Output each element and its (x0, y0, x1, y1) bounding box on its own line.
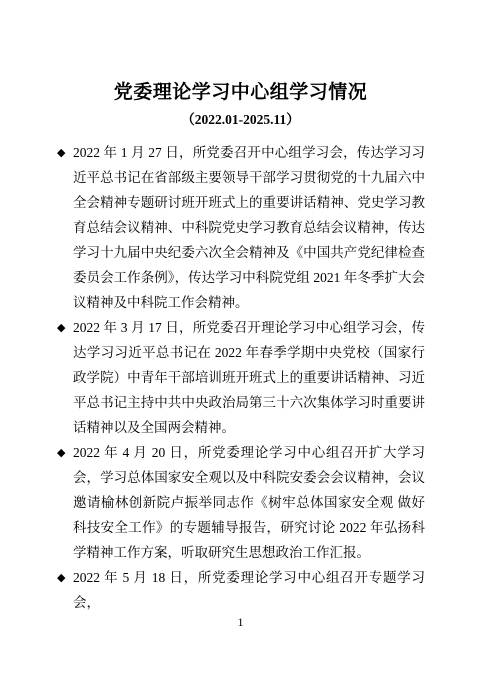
bullet-list: ◆ 2022 年 1 月 27 日，所党委召开中心组学习会，传达学习习近平总书记… (57, 140, 425, 615)
list-item: ◆ 2022 年 4 月 20 日，所党委理论学习中心组召开扩大学习会，学习总体… (57, 440, 425, 565)
list-item-text: 2022 年 1 月 27 日，所党委召开中心组学习会，传达学习习近平总书记在省… (73, 145, 425, 310)
page-number: 1 (0, 614, 481, 630)
list-item-text: 2022 年 3 月 17 日，所党委召开理论学习中心组学习会，传达学习习近平总… (73, 320, 425, 435)
document-page: 党委理论学习中心组学习情况 （2022.01-2025.11） ◆ 2022 年… (0, 0, 481, 681)
diamond-bullet-icon: ◆ (57, 440, 65, 465)
list-item: ◆ 2022 年 1 月 27 日，所党委召开中心组学习会，传达学习习近平总书记… (57, 140, 425, 315)
diamond-bullet-icon: ◆ (57, 140, 65, 165)
list-item: ◆ 2022 年 5 月 18 日，所党委理论学习中心组召开专题学习会， (57, 565, 425, 615)
list-item-text: 2022 年 4 月 20 日，所党委理论学习中心组召开扩大学习会，学习总体国家… (73, 445, 425, 560)
diamond-bullet-icon: ◆ (57, 565, 65, 590)
list-item-text: 2022 年 5 月 18 日，所党委理论学习中心组召开专题学习会， (73, 570, 425, 610)
page-subtitle: （2022.01-2025.11） (0, 111, 481, 129)
page-title: 党委理论学习中心组学习情况 (0, 0, 481, 104)
diamond-bullet-icon: ◆ (57, 315, 65, 340)
list-item: ◆ 2022 年 3 月 17 日，所党委召开理论学习中心组学习会，传达学习习近… (57, 315, 425, 440)
